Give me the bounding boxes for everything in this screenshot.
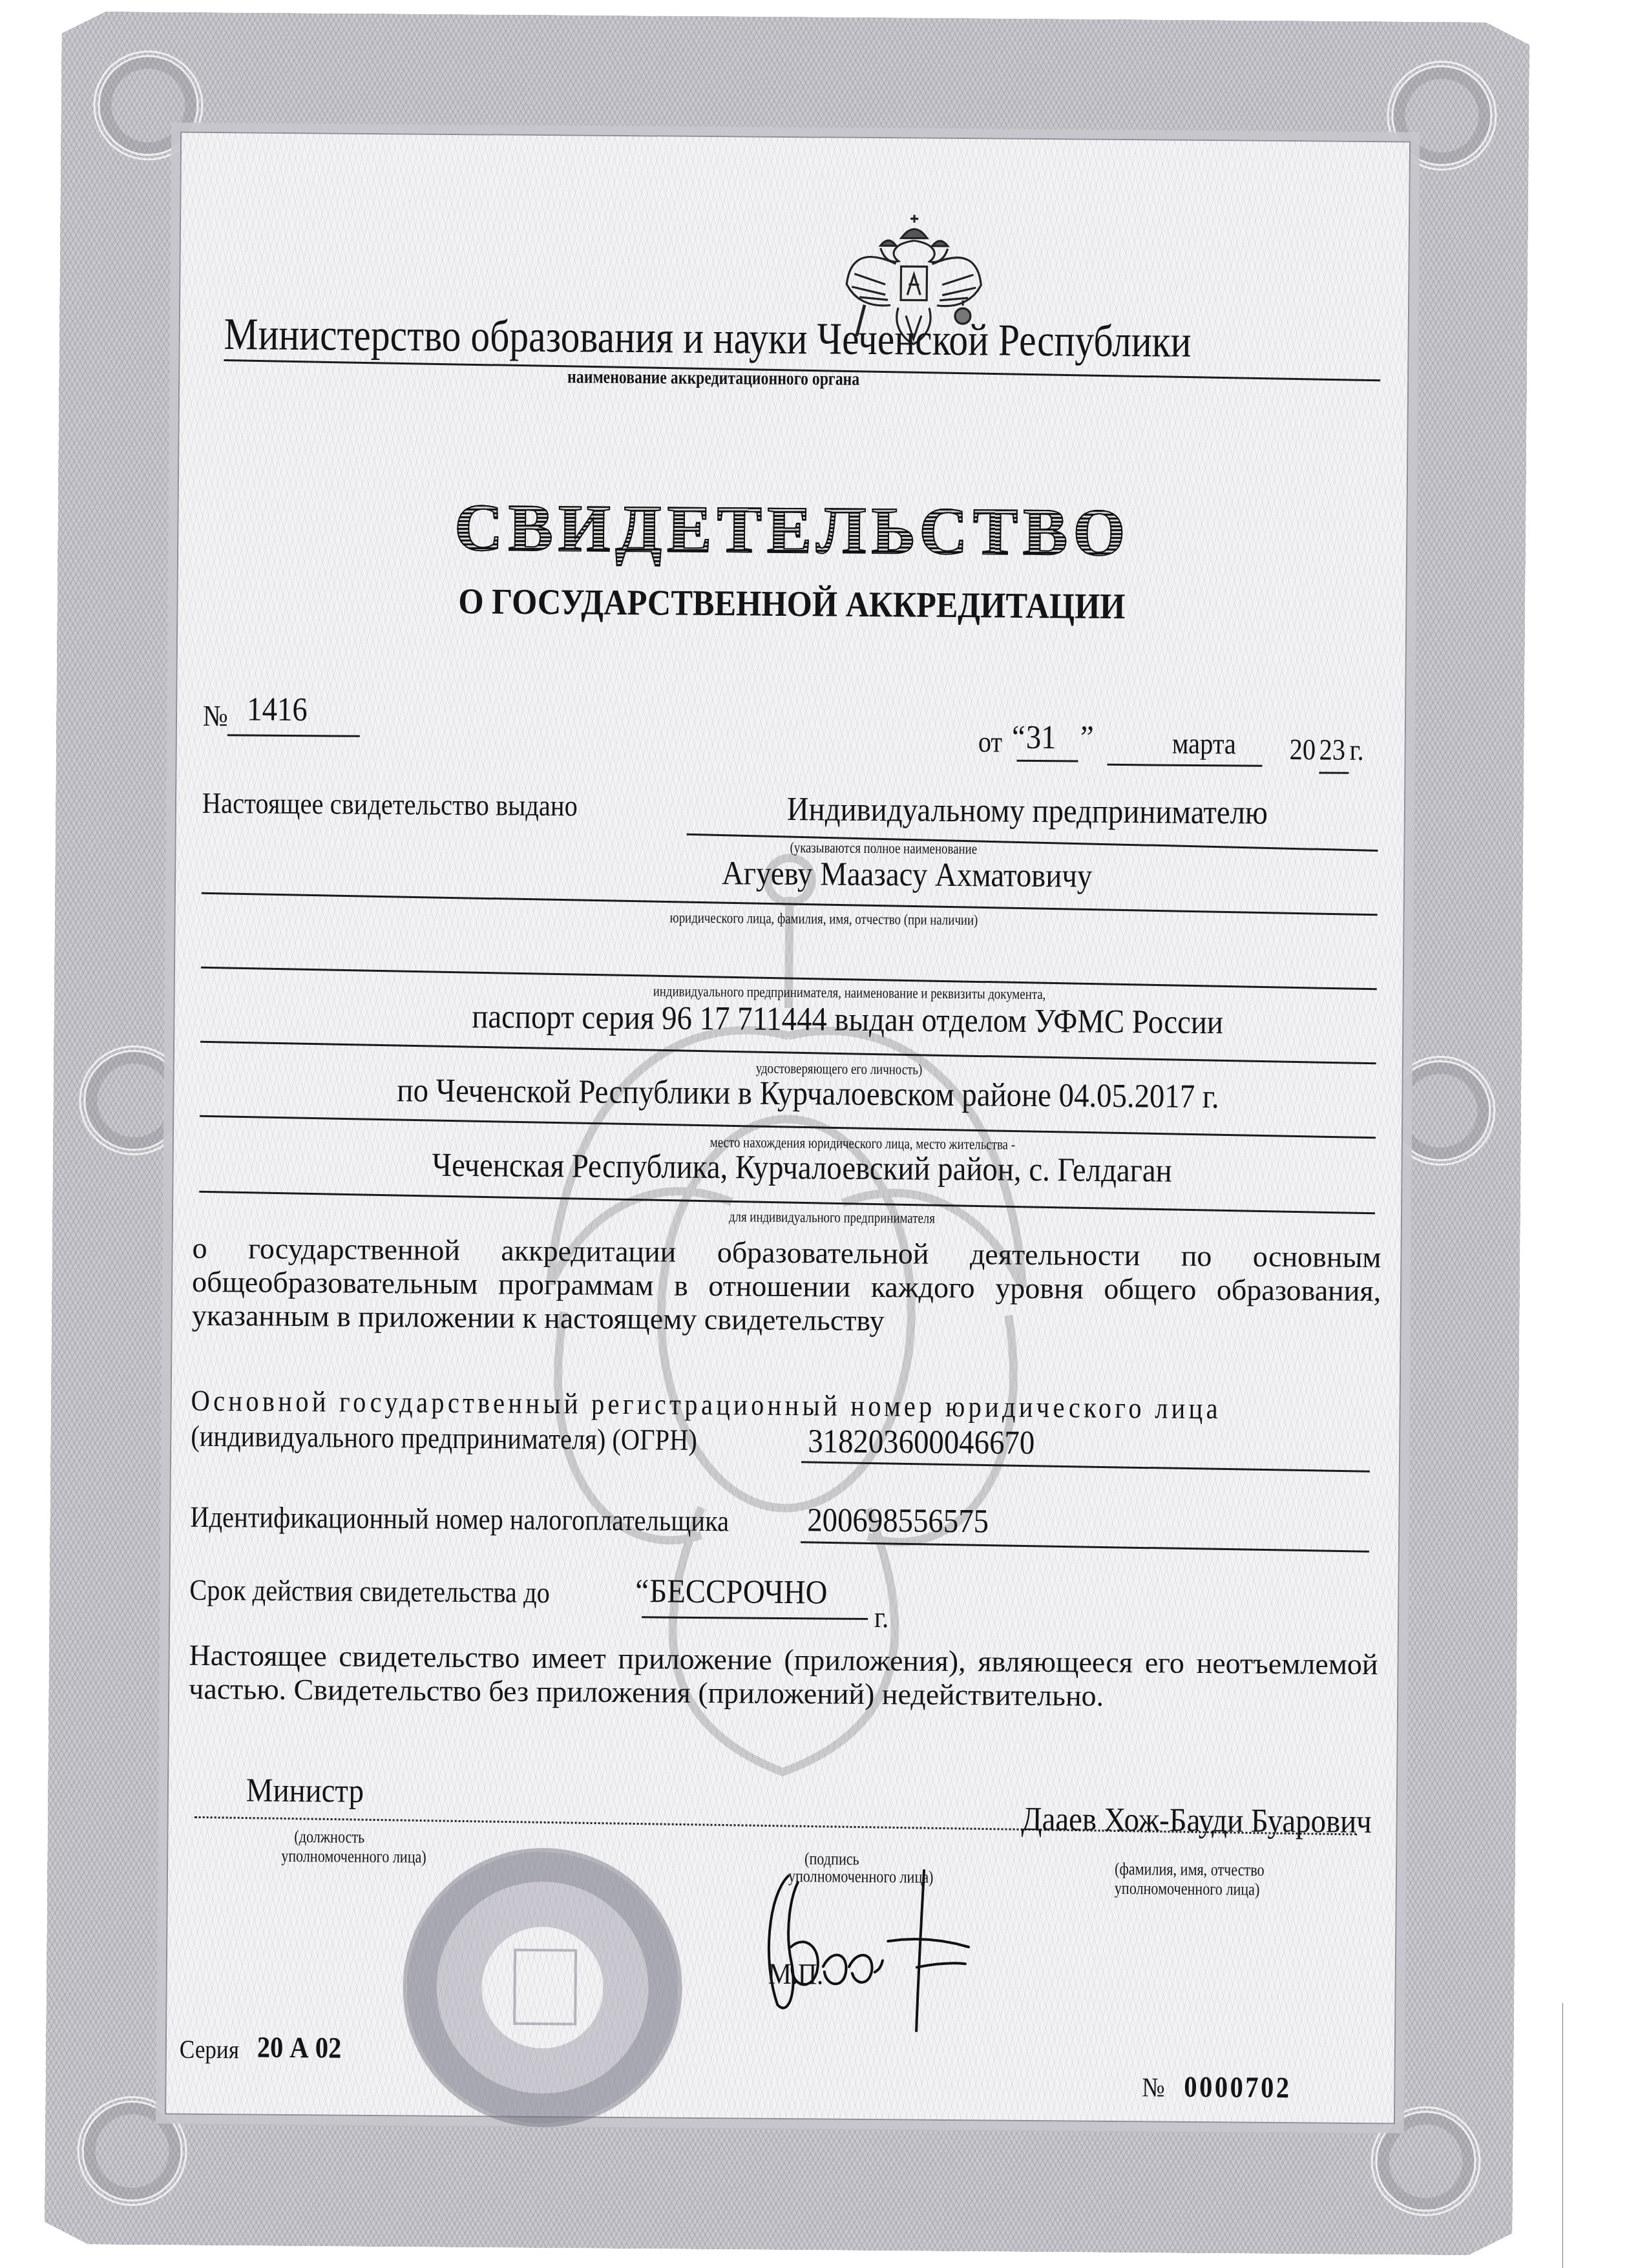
issued-to-label: Настоящее свидетельство выдано xyxy=(202,786,578,823)
inn-label: Идентификационный номер налогоплательщик… xyxy=(190,1500,729,1538)
number-underline xyxy=(227,734,360,737)
date-year-unit: г. xyxy=(1349,733,1364,767)
signature-caption-2: уполномоченного лица) xyxy=(788,1866,934,1887)
organization-caption: наименование аккредитационного органа xyxy=(567,366,859,390)
validity-year-unit: г. xyxy=(874,1600,889,1634)
seal-emblem-icon xyxy=(513,1949,577,2026)
certificate-field: Министерство образования и науки Чеченск… xyxy=(165,132,1411,2125)
official-seal xyxy=(402,1847,683,2128)
stamp-mark: М.П. xyxy=(768,1957,824,1991)
blank-number-label: № xyxy=(1142,2072,1165,2103)
holder-passport: паспорт серия 96 17 711444 выдан отделом… xyxy=(472,998,1223,1042)
name-caption-1: (фамилия, имя, отчество xyxy=(1115,1859,1265,1880)
holder-name: Агуеву Маазасу Ахматовичу xyxy=(722,854,1093,895)
date-close-quote: ” xyxy=(1080,719,1094,757)
scan-edge-line xyxy=(1562,2003,1563,2268)
position-caption-2: уполномоченного лица) xyxy=(281,1846,426,1867)
name-caption-2: уполномоченного лица) xyxy=(1115,1878,1260,1900)
validity-value: БЕССРОЧНО xyxy=(649,1572,828,1612)
signer-position: Министр xyxy=(246,1771,364,1810)
holder-address: Чеченская Республика, Курчалоевский райо… xyxy=(432,1146,1172,1190)
ogrn-label-line-2: (индивидуального предпринимателя) (ОГРН) xyxy=(191,1419,697,1457)
date-day: 31 xyxy=(1026,719,1056,757)
date-month-underline xyxy=(1107,764,1262,767)
organization-name: Министерство образования и науки Чеченск… xyxy=(224,309,1191,368)
holder-caption-6: для индивидуального предпринимателя xyxy=(729,1208,935,1227)
date-month: марта xyxy=(1172,726,1237,761)
certificate-sheet: Министерство образования и науки Чеченск… xyxy=(44,11,1529,2256)
validity-open-quote: “ xyxy=(635,1572,649,1610)
position-caption-1: (должность xyxy=(294,1827,364,1847)
date-open-quote: “ xyxy=(1012,719,1025,757)
date-day-underline xyxy=(1017,760,1078,762)
series-label: Серия xyxy=(180,2034,240,2065)
validity-label: Срок действия свидетельства до xyxy=(189,1573,550,1610)
certificate-number: 1416 xyxy=(247,690,308,729)
blank-number: 0000702 xyxy=(1184,2070,1292,2105)
holder-passport-issuer: по Чеченской Республики в Курчалоевском … xyxy=(397,1071,1219,1116)
appendix-note: Настоящее свидетельство имеет приложение… xyxy=(189,1639,1378,1715)
holder-caption-2: юридического лица, фамилия, имя, отчеств… xyxy=(670,910,978,929)
holder-line-1: Индивидуальному предпринимателю xyxy=(787,790,1268,832)
date-year-suffix: 23 xyxy=(1319,732,1345,766)
inn-value: 200698556575 xyxy=(807,1501,989,1540)
document-subtitle: О ГОСУДАРСТВЕННОЙ АККРЕДИТАЦИИ xyxy=(239,579,1344,629)
date-year-prefix: 20 xyxy=(1289,732,1316,766)
document-title: СВИДЕТЕЛЬСТВО xyxy=(178,487,1407,574)
number-label: № xyxy=(203,698,228,733)
series-value: 20 А 02 xyxy=(257,2030,342,2065)
date-prefix: от xyxy=(978,724,1003,759)
signer-name: Даaев Хож-Бауди Буарович xyxy=(1021,1800,1372,1841)
date-year-underline xyxy=(1319,772,1349,773)
accreditation-purpose: о государственной аккредитации образоват… xyxy=(192,1232,1381,1341)
ogrn-value: 318203600046670 xyxy=(808,1422,1035,1462)
